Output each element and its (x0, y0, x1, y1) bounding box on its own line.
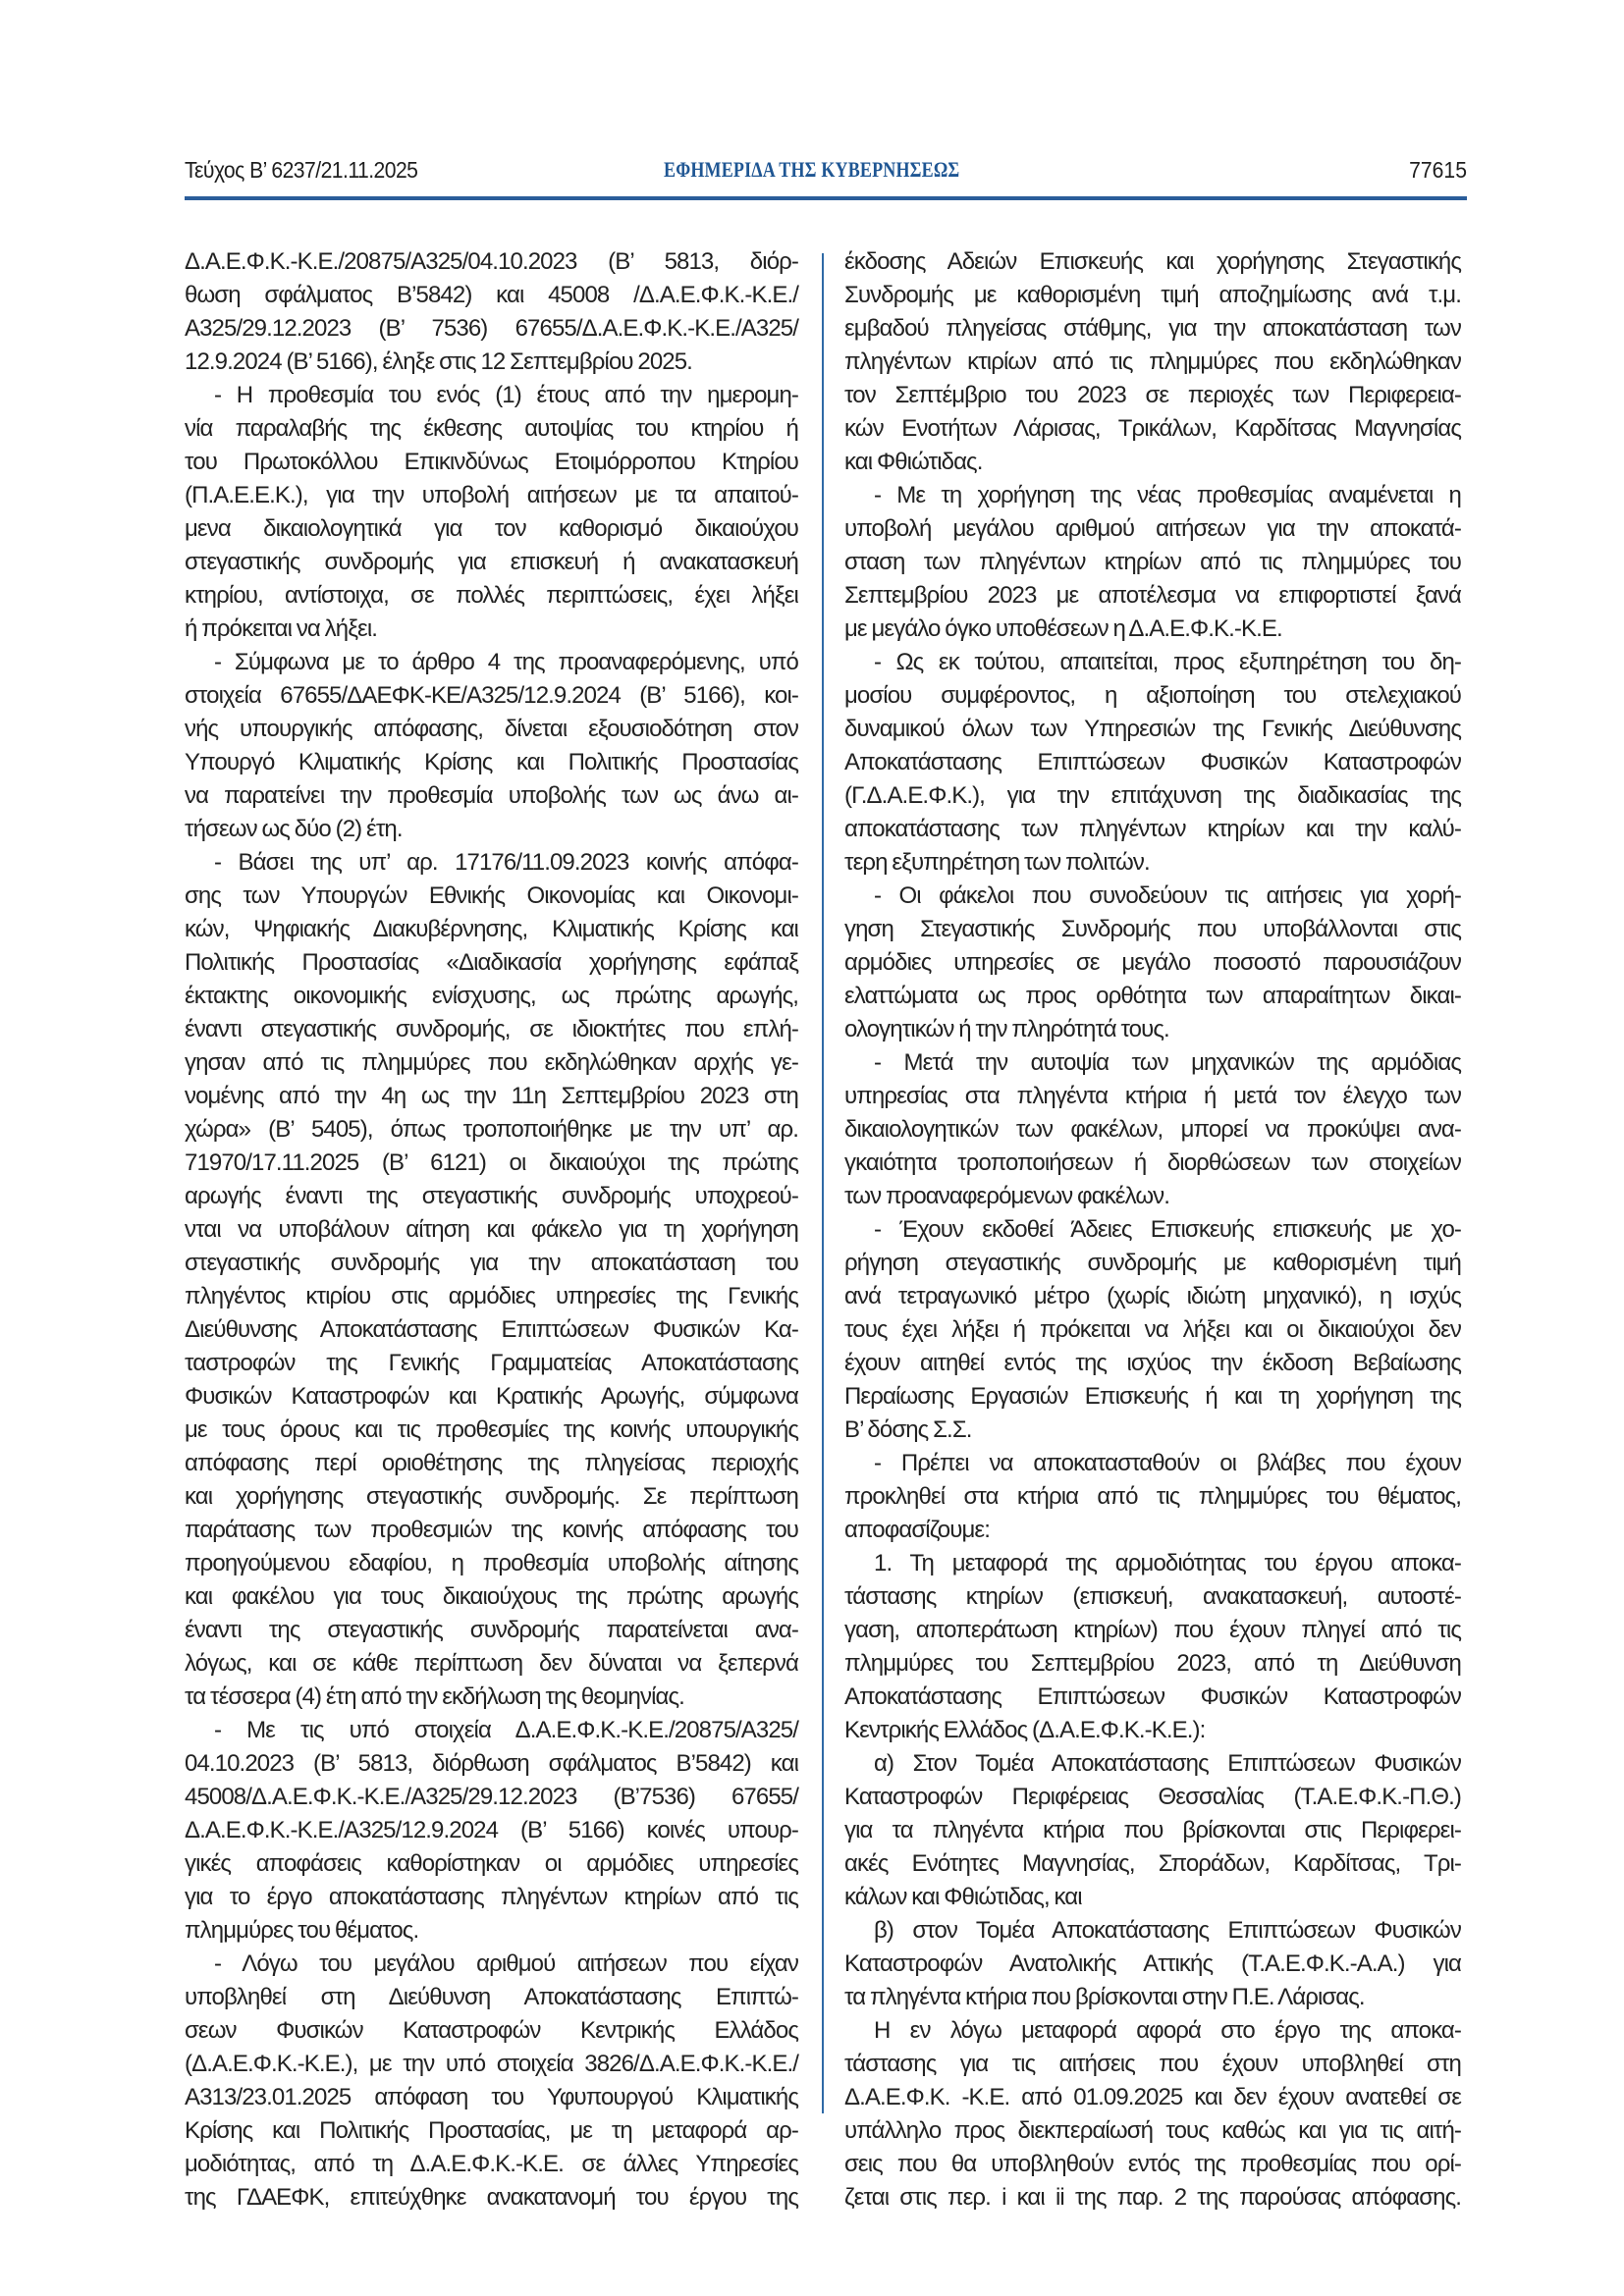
text-line: 04.10.2023 (Β’ 5813, διόρθωση σφάλματος … (185, 1747, 798, 1781)
text-line: έκδοσης Αδειών Επισκευής και χορήγησης Σ… (844, 245, 1461, 279)
text-line: 71970/17.11.2025 (Β’ 6121) οι δικαιούχοι… (185, 1147, 798, 1180)
paragraph: έκδοσης Αδειών Επισκευής και χορήγησης Σ… (844, 245, 1461, 479)
text-line: για το έργο αποκατάστασης πληγέντων κτηρ… (185, 1881, 798, 1914)
text-line: στεγαστικής συνδρομής για την αποκατάστα… (185, 1247, 798, 1280)
text-line: γικές αποφάσεις καθορίστηκαν οι αρμόδιες… (185, 1847, 798, 1881)
text-line: πλημμύρες του Σεπτεμβρίου 2023, από τη Δ… (844, 1647, 1461, 1681)
text-line: τα τέσσερα (4) έτη από την εκδήλωση της … (185, 1681, 798, 1714)
text-line: Πολιτικής Προστασίας «Διαδικασία χορήγησ… (185, 946, 798, 980)
text-line: παράτασης των προθεσμιών της κοινής απόφ… (185, 1514, 798, 1547)
text-line: έναντι της στεγαστικής συνδρομής παρατεί… (185, 1614, 798, 1647)
text-line: Αποκατάστασης Επιπτώσεων Φυσικών Καταστρ… (844, 746, 1461, 779)
text-line: γαση, αποπεράτωση κτηρίων) που έχουν πλη… (844, 1614, 1461, 1647)
text-line: στεγαστικής συνδρομής για επισκευή ή ανα… (185, 546, 798, 579)
text-line: τα πληγέντα κτήρια που βρίσκονται στην Π… (844, 1981, 1461, 2014)
paragraph: - Με τη χορήγηση της νέας προθεσμίας ανα… (844, 479, 1461, 646)
text-line: κών Ενοτήτων Λάρισας, Τρικάλων, Καρδίτσα… (844, 412, 1461, 446)
text-line: υποβολή μεγάλου αριθμού αιτήσεων για την… (844, 512, 1461, 546)
left-column: Δ.Α.Ε.Φ.Κ.-Κ.Ε./20875/Α325/04.10.2023 (Β… (185, 245, 798, 2215)
text-line: γηση Στεγαστικής Συνδρομής που υποβάλλον… (844, 913, 1461, 946)
text-line: της ΓΔΑΕΦΚ, επιτεύχθηκε ανακατανομή του … (185, 2181, 798, 2215)
text-line: - Ως εκ τούτου, απαιτείται, προς εξυπηρέ… (844, 646, 1461, 679)
text-line: Β’ δόσης Σ.Σ. (844, 1414, 1461, 1447)
text-line: σεων Φυσικών Καταστροφών Κεντρικής Ελλάδ… (185, 2014, 798, 2048)
text-line: θωση σφάλματος Β’5842) και 45008 /Δ.Α.Ε.… (185, 279, 798, 312)
paragraph: - Σύμφωνα με το άρθρο 4 της προαναφερόμε… (185, 646, 798, 846)
text-line: - Οι φάκελοι που συνοδεύουν τις αιτήσεις… (844, 880, 1461, 913)
text-line: - Με τις υπό στοιχεία Δ.Α.Ε.Φ.Κ.-Κ.Ε./20… (185, 1714, 798, 1747)
text-line: νται να υποβάλουν αίτηση και φάκελο για … (185, 1213, 798, 1247)
text-line: ανά τετραγωνικό μέτρο (χωρίς ιδιώτη μηχα… (844, 1280, 1461, 1313)
text-line: - Βάσει της υπ’ αρ. 17176/11.09.2023 κοι… (185, 846, 798, 880)
text-line: τήσεων ως δύο (2) έτη. (185, 813, 798, 846)
text-line: - Πρέπει να αποκατασταθούν οι βλάβες που… (844, 1447, 1461, 1480)
text-line: σεις που θα υποβληθούν εντός της προθεσμ… (844, 2148, 1461, 2181)
paragraph: - Πρέπει να αποκατασταθούν οι βλάβες που… (844, 1447, 1461, 1547)
text-line: να παρατείνει την προθεσμία υποβολής των… (185, 779, 798, 813)
text-line: έναντι στεγαστικής συνδρομής, σε ιδιοκτή… (185, 1013, 798, 1046)
text-line: λόγως, και σε κάθε περίπτωση δεν δύναται… (185, 1647, 798, 1681)
text-line: (Γ.Δ.Α.Ε.Φ.Κ.), για την επιτάχυνση της δ… (844, 779, 1461, 813)
text-line: υπάλληλο προς διεκπεραίωσή τους καθώς κα… (844, 2114, 1461, 2148)
gazette-page: Τεύχος Β’ 6237/21.11.2025 ΕΦΗΜΕΡΙΔΑ ΤΗΣ … (0, 0, 1624, 2296)
text-line: απόφασης περί οριοθέτησης της πληγείσας … (185, 1447, 798, 1480)
text-line: - Μετά την αυτοψία των μηχανικών της αρμ… (844, 1046, 1461, 1080)
text-line: Περαίωσης Εργασιών Επισκευής ή και τη χο… (844, 1380, 1461, 1414)
text-line: (Δ.Α.Ε.Φ.Κ.-Κ.Ε.), με την υπό στοιχεία 3… (185, 2048, 798, 2081)
text-line: Δ.Α.Ε.Φ.Κ.-Κ.Ε./20875/Α325/04.10.2023 (Β… (185, 245, 798, 279)
text-line: υποβληθεί στη Διεύθυνση Αποκατάστασης Επ… (185, 1981, 798, 2014)
paragraph: - Η προθεσμία του ενός (1) έτους από την… (185, 379, 798, 646)
paragraph: - Βάσει της υπ’ αρ. 17176/11.09.2023 κοι… (185, 846, 798, 1714)
text-line: και φακέλου για τους δικαιούχους της πρώ… (185, 1580, 798, 1614)
paragraph: 1. Τη μεταφορά της αρμοδιότητας του έργο… (844, 1547, 1461, 1747)
paragraph: - Μετά την αυτοψία των μηχανικών της αρμ… (844, 1046, 1461, 1213)
text-line: Σεπτεμβρίου 2023 με αποτέλεσμα να επιφορ… (844, 579, 1461, 613)
paragraph: β) στον Τομέα Αποκατάστασης Επιπτώσεων Φ… (844, 1914, 1461, 2014)
text-line: - Σύμφωνα με το άρθρο 4 της προαναφερόμε… (185, 646, 798, 679)
text-line: μοσίου συμφέροντος, η αξιοποίηση του στε… (844, 679, 1461, 713)
text-line: υπηρεσίας στα πληγέντα κτήρια ή μετά τον… (844, 1080, 1461, 1113)
text-line: (Π.Α.Ε.Ε.Κ.), για την υποβολή αιτήσεων μ… (185, 479, 798, 512)
text-line: δυναμικού όλων των Υπηρεσιών της Γενικής… (844, 713, 1461, 746)
text-line: αρμόδιες υπηρεσίες σε μεγάλο ποσοστό παρ… (844, 946, 1461, 980)
text-line: πληγέντων κτιρίων από τις πλημμύρες που … (844, 346, 1461, 379)
text-line: - Έχουν εκδοθεί Άδειες Επισκευής επισκευ… (844, 1213, 1461, 1247)
paragraph: Δ.Α.Ε.Φ.Κ.-Κ.Ε./20875/Α325/04.10.2023 (Β… (185, 245, 798, 379)
text-line: 1. Τη μεταφορά της αρμοδιότητας του έργο… (844, 1547, 1461, 1580)
header-rule (185, 196, 1467, 200)
text-line: νία παραλαβής της έκθεσης αυτοψίας του κ… (185, 412, 798, 446)
text-line: κάλων και Φθιώτιδας, και (844, 1881, 1461, 1914)
paragraph: - Έχουν εκδοθεί Άδειες Επισκευής επισκευ… (844, 1213, 1461, 1447)
text-line: δικαιολογητικών των φακέλων, μπορεί να π… (844, 1113, 1461, 1147)
issue-reference: Τεύχος Β’ 6237/21.11.2025 (185, 157, 417, 184)
text-line: ζεται στις περ. i και ii της παρ. 2 της … (844, 2181, 1461, 2215)
text-line: Η εν λόγω μεταφορά αφορά στο έργο της απ… (844, 2014, 1461, 2048)
text-line: νομένης από την 4η ως την 11η Σεπτεμβρίο… (185, 1080, 798, 1113)
text-line: - Λόγω του μεγάλου αριθμού αιτήσεων που … (185, 1948, 798, 1981)
text-line: Διεύθυνσης Αποκατάστασης Επιπτώσεων Φυσι… (185, 1313, 798, 1347)
text-line: πλημμύρες του θέματος. (185, 1914, 798, 1948)
paragraph: α) Στον Τομέα Αποκατάστασης Επιπτώσεων Φ… (844, 1747, 1461, 1914)
text-line: έχουν αιτηθεί εντός της ισχύος την έκδοσ… (844, 1347, 1461, 1380)
text-line: για τα πληγέντα κτήρια που βρίσκονται στ… (844, 1814, 1461, 1847)
text-line: β) στον Τομέα Αποκατάστασης Επιπτώσεων Φ… (844, 1914, 1461, 1948)
text-line: σταση των πληγέντων κτηρίων από τις πλημ… (844, 546, 1461, 579)
text-line: Συνδρομής με καθορισμένη τιμή αποζημίωση… (844, 279, 1461, 312)
paragraph: - Ως εκ τούτου, απαιτείται, προς εξυπηρέ… (844, 646, 1461, 880)
text-line: στοιχεία 67655/ΔΑΕΦΚ-ΚΕ/Α325/12.9.2024 (… (185, 679, 798, 713)
text-line: τον Σεπτέμβριο του 2023 σε περιοχές των … (844, 379, 1461, 412)
text-line: Καταστροφών Ανατολικής Αττικής (Τ.Α.Ε.Φ.… (844, 1948, 1461, 1981)
page-number: 77615 (1409, 157, 1467, 184)
text-line: ή πρόκειται να λήξει. (185, 613, 798, 646)
text-line: κών, Ψηφιακής Διακυβέρνησης, Κλιματικής … (185, 913, 798, 946)
text-line: αποφασίζουμε: (844, 1514, 1461, 1547)
text-line: πληγέντος κτιρίου στις αρμόδιες υπηρεσίε… (185, 1280, 798, 1313)
text-line: Υπουργό Κλιματικής Κρίσης και Πολιτικής … (185, 746, 798, 779)
text-line: Κρίσης και Πολιτικής Προστασίας, με τη μ… (185, 2114, 798, 2148)
text-line: νής υπουργικής απόφασης, δίνεται εξουσιο… (185, 713, 798, 746)
text-line: - Με τη χορήγηση της νέας προθεσμίας ανα… (844, 479, 1461, 512)
gazette-title: ΕΦΗΜΕΡΙΔΑ ΤΗΣ ΚΥΒΕΡΝΗΣΕΩΣ (664, 157, 959, 183)
text-line: ταστροφών της Γενικής Γραμματείας Αποκατ… (185, 1347, 798, 1380)
text-line: προηγούμενου εδαφίου, η προθεσμία υποβολ… (185, 1547, 798, 1580)
text-line: - Η προθεσμία του ενός (1) έτους από την… (185, 379, 798, 412)
text-line: ρήγηση στεγαστικής συνδρομής με καθορισμ… (844, 1247, 1461, 1280)
text-line: τους έχει λήξει ή πρόκειται να λήξει και… (844, 1313, 1461, 1347)
text-line: Δ.Α.Ε.Φ.Κ.-Κ.Ε./Α325/12.9.2024 (Β’ 5166)… (185, 1814, 798, 1847)
text-line: Α325/29.12.2023 (Β’ 7536) 67655/Δ.Α.Ε.Φ.… (185, 312, 798, 346)
text-line: Κεντρικής Ελλάδος (Δ.Α.Ε.Φ.Κ.-Κ.Ε.): (844, 1714, 1461, 1747)
text-line: αποκατάστασης των πληγέντων κτηρίων και … (844, 813, 1461, 846)
text-line: γκαιότητα τροποποιήσεων ή διορθώσεων των… (844, 1147, 1461, 1180)
text-line: με τους όρους και τις προθεσμίες της κοι… (185, 1414, 798, 1447)
paragraph: - Λόγω του μεγάλου αριθμού αιτήσεων που … (185, 1948, 798, 2215)
text-line: α) Στον Τομέα Αποκατάστασης Επιπτώσεων Φ… (844, 1747, 1461, 1781)
text-line: και Φθιώτιδας. (844, 446, 1461, 479)
text-line: και χορήγησης στεγαστικής συνδρομής. Σε … (185, 1480, 798, 1514)
text-line: κτηρίου, αντίστοιχα, σε πολλές περιπτώσε… (185, 579, 798, 613)
text-line: εμβαδού πληγείσας στάθμης, για την αποκα… (844, 312, 1461, 346)
text-line: των προαναφερόμενων φακέλων. (844, 1180, 1461, 1213)
text-line: 12.9.2024 (Β’ 5166), έληξε στις 12 Σεπτε… (185, 346, 798, 379)
text-line: μοδιότητας, από τη Δ.Α.Ε.Φ.Κ.-Κ.Ε. σε άλ… (185, 2148, 798, 2181)
text-line: τάστασης για τις αιτήσεις που έχουν υποβ… (844, 2048, 1461, 2081)
text-line: ολογητικών ή την πληρότητά τους. (844, 1013, 1461, 1046)
text-line: χώρα» (Β’ 5405), όπως τροποποιήθηκε με τ… (185, 1113, 798, 1147)
text-line: 45008/Δ.Α.Ε.Φ.Κ.-Κ.Ε./Α325/29.12.2023 (Β… (185, 1781, 798, 1814)
text-line: με μεγάλο όγκο υποθέσεων η Δ.Α.Ε.Φ.Κ.-Κ.… (844, 613, 1461, 646)
text-line: σης των Υπουργών Εθνικής Οικονομίας και … (185, 880, 798, 913)
text-line: Καταστροφών Περιφέρειας Θεσσαλίας (Τ.Α.Ε… (844, 1781, 1461, 1814)
right-column: έκδοσης Αδειών Επισκευής και χορήγησης Σ… (844, 245, 1461, 2215)
column-divider (822, 253, 824, 2113)
text-line: έκτακτης οικονομικής ενίσχυσης, ως πρώτη… (185, 980, 798, 1013)
text-line: Φυσικών Καταστροφών και Κρατικής Αρωγής,… (185, 1380, 798, 1414)
text-line: Δ.Α.Ε.Φ.Κ. -Κ.Ε. από 01.09.2025 και δεν … (844, 2081, 1461, 2114)
text-line: ακές Ενότητες Μαγνησίας, Σποράδων, Καρδί… (844, 1847, 1461, 1881)
text-line: μενα δικαιολογητικά για τον καθορισμό δι… (185, 512, 798, 546)
text-line: αρωγής έναντι της στεγαστικής συνδρομής … (185, 1180, 798, 1213)
text-line: τερη εξυπηρέτηση των πολιτών. (844, 846, 1461, 880)
text-line: τάστασης κτηρίων (επισκευή, ανακατασκευή… (844, 1580, 1461, 1614)
text-line: Αποκατάστασης Επιπτώσεων Φυσικών Καταστρ… (844, 1681, 1461, 1714)
text-line: προκληθεί στα κτήρια από τις πλημμύρες τ… (844, 1480, 1461, 1514)
text-line: ελαττώματα ως προς ορθότητα των απαραίτη… (844, 980, 1461, 1013)
paragraph: - Με τις υπό στοιχεία Δ.Α.Ε.Φ.Κ.-Κ.Ε./20… (185, 1714, 798, 1948)
paragraph: Η εν λόγω μεταφορά αφορά στο έργο της απ… (844, 2014, 1461, 2215)
text-line: Α313/23.01.2025 απόφαση του Υφυπουργού Κ… (185, 2081, 798, 2114)
text-line: γησαν από τις πλημμύρες που εκδηλώθηκαν … (185, 1046, 798, 1080)
paragraph: - Οι φάκελοι που συνοδεύουν τις αιτήσεις… (844, 880, 1461, 1046)
text-line: του Πρωτοκόλλου Επικινδύνως Ετοιμόρροπου… (185, 446, 798, 479)
